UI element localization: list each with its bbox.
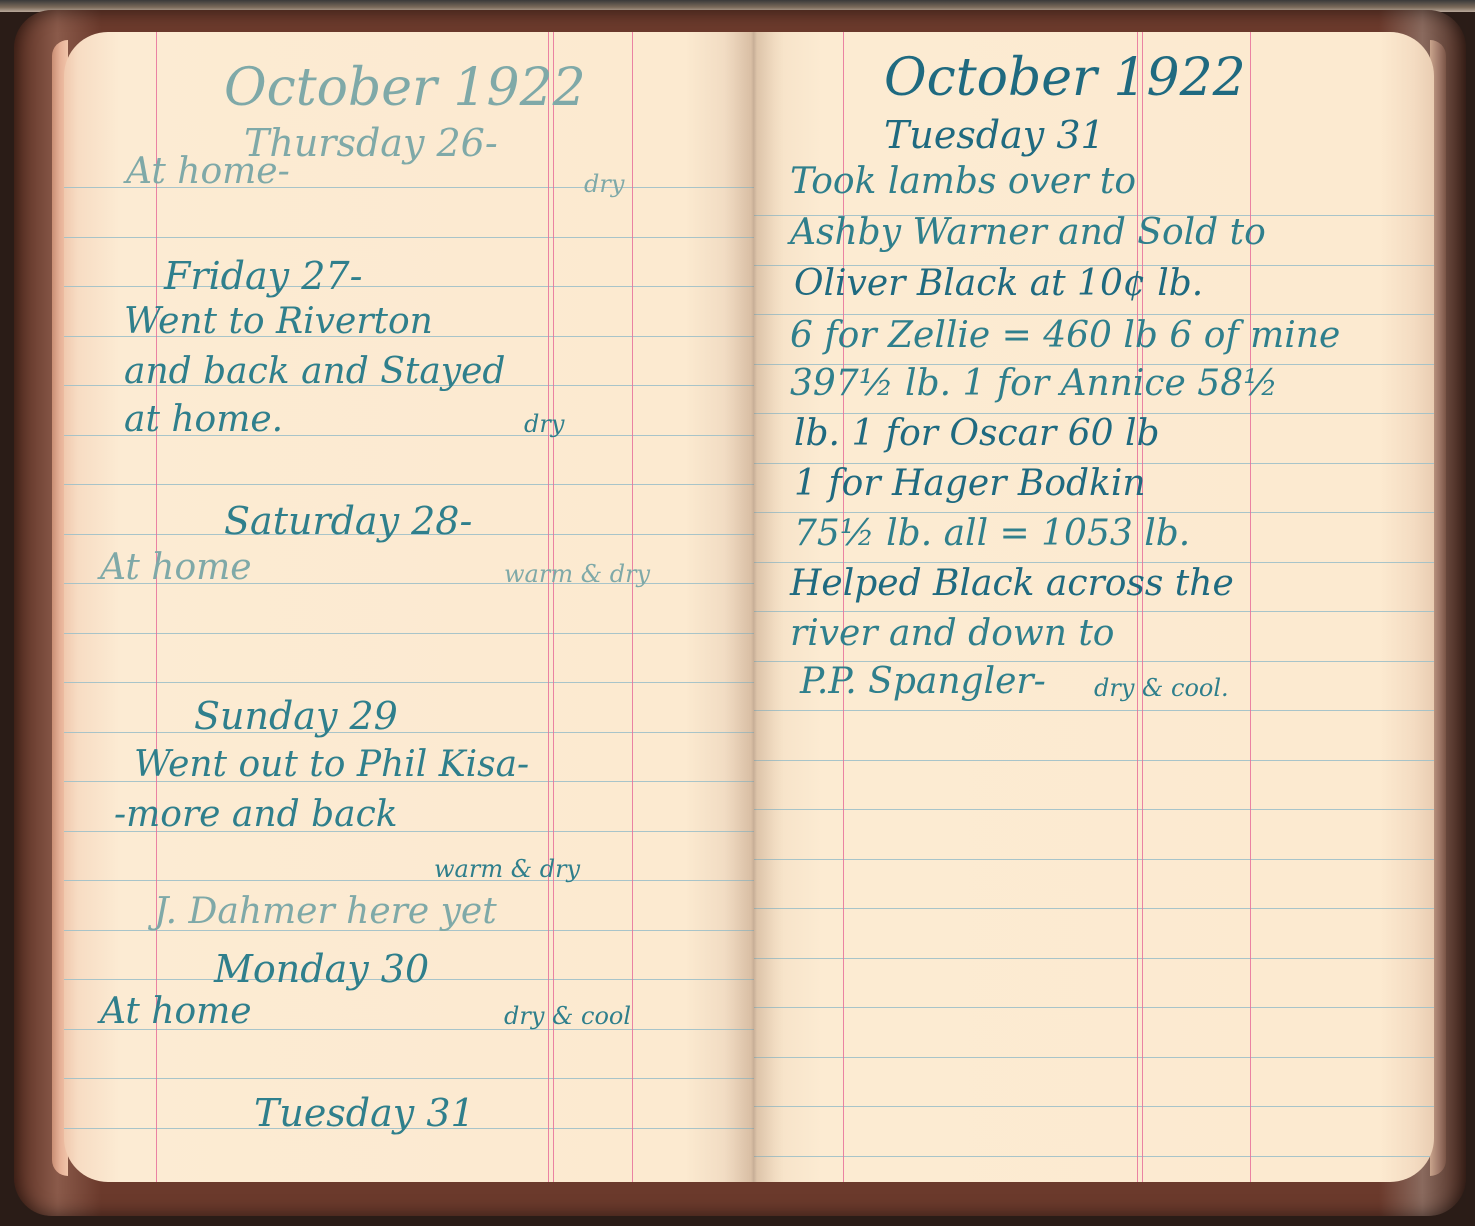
margin-line [1137, 32, 1138, 1182]
entry-text: Helped Black across the [790, 566, 1234, 602]
ruling-line [754, 859, 1434, 860]
ruling-line [754, 1007, 1434, 1008]
entry-day: Monday 30 [214, 950, 429, 988]
ruling-line [64, 682, 754, 683]
entry-text: lb. 1 for Oscar 60 lb [794, 416, 1160, 452]
ruling-line [754, 760, 1434, 761]
ruling-line [754, 1106, 1434, 1107]
entry-day: Saturday 28- [224, 502, 472, 540]
entry-text: 1 for Hager Bodkin [794, 466, 1146, 502]
entry-text: Went out to Phil Kisa- [134, 747, 529, 783]
entry-text: -more and back [114, 797, 398, 833]
ruling-line [64, 633, 754, 634]
ruling-line [754, 710, 1434, 711]
entry-text: Took lambs over to [790, 164, 1136, 200]
ruling-line [754, 958, 1434, 959]
ruling-line [64, 732, 754, 733]
ruling-line [754, 1156, 1434, 1157]
ruling-line [64, 1078, 754, 1079]
ruling-line [754, 611, 1434, 612]
margin-line [843, 32, 844, 1182]
right-diary-page: October 1922 Tuesday 31 Took lambs over … [754, 32, 1434, 1182]
page-header-month: October 1922 [884, 52, 1246, 104]
entry-weather: dry & cool. [1094, 676, 1229, 700]
left-diary-page: October 1922 Thursday 26- At home- dry F… [64, 32, 754, 1182]
entry-text: Oliver Black at 10¢ lb. [794, 266, 1203, 302]
entry-weather: dry [524, 412, 564, 436]
entry-text: P.P. Spangler- [800, 664, 1046, 700]
ruling-line [754, 908, 1434, 909]
entry-text: Went to Riverton [124, 304, 433, 340]
margin-line [1250, 32, 1251, 1182]
entry-weather: dry & cool [504, 1004, 631, 1028]
entry-text: 75½ lb. all = 1053 lb. [794, 516, 1190, 552]
page-header-month: October 1922 [224, 62, 586, 114]
entry-text: 6 for Zellie = 460 lb 6 of mine [790, 318, 1340, 354]
margin-line [632, 32, 633, 1182]
entry-text: at home. [124, 402, 283, 438]
entry-text: 397½ lb. 1 for Annice 58½ [790, 366, 1278, 402]
ruling-line [64, 237, 754, 238]
entry-weather: warm & dry [434, 857, 580, 881]
entry-day: Friday 27- [164, 257, 362, 295]
entry-text: At home [100, 550, 252, 586]
ruling-line [754, 809, 1434, 810]
entry-note: J. Dahmer here yet [154, 894, 497, 930]
margin-line [1142, 32, 1143, 1182]
entry-text: At home [100, 994, 252, 1030]
entry-day: Tuesday 31 [254, 1094, 475, 1132]
entry-day: Tuesday 31 [884, 116, 1105, 154]
entry-text: Ashby Warner and Sold to [790, 215, 1266, 251]
entry-text: and back and Stayed [124, 354, 505, 390]
entry-weather: warm & dry [504, 562, 650, 586]
ruling-line [64, 880, 754, 881]
entry-day: Sunday 29 [194, 697, 398, 735]
entry-text: At home- [126, 154, 290, 190]
entry-weather: dry [584, 172, 624, 196]
entry-text: river and down to [790, 616, 1114, 652]
ruling-line [754, 1057, 1434, 1058]
ruling-line [64, 484, 754, 485]
